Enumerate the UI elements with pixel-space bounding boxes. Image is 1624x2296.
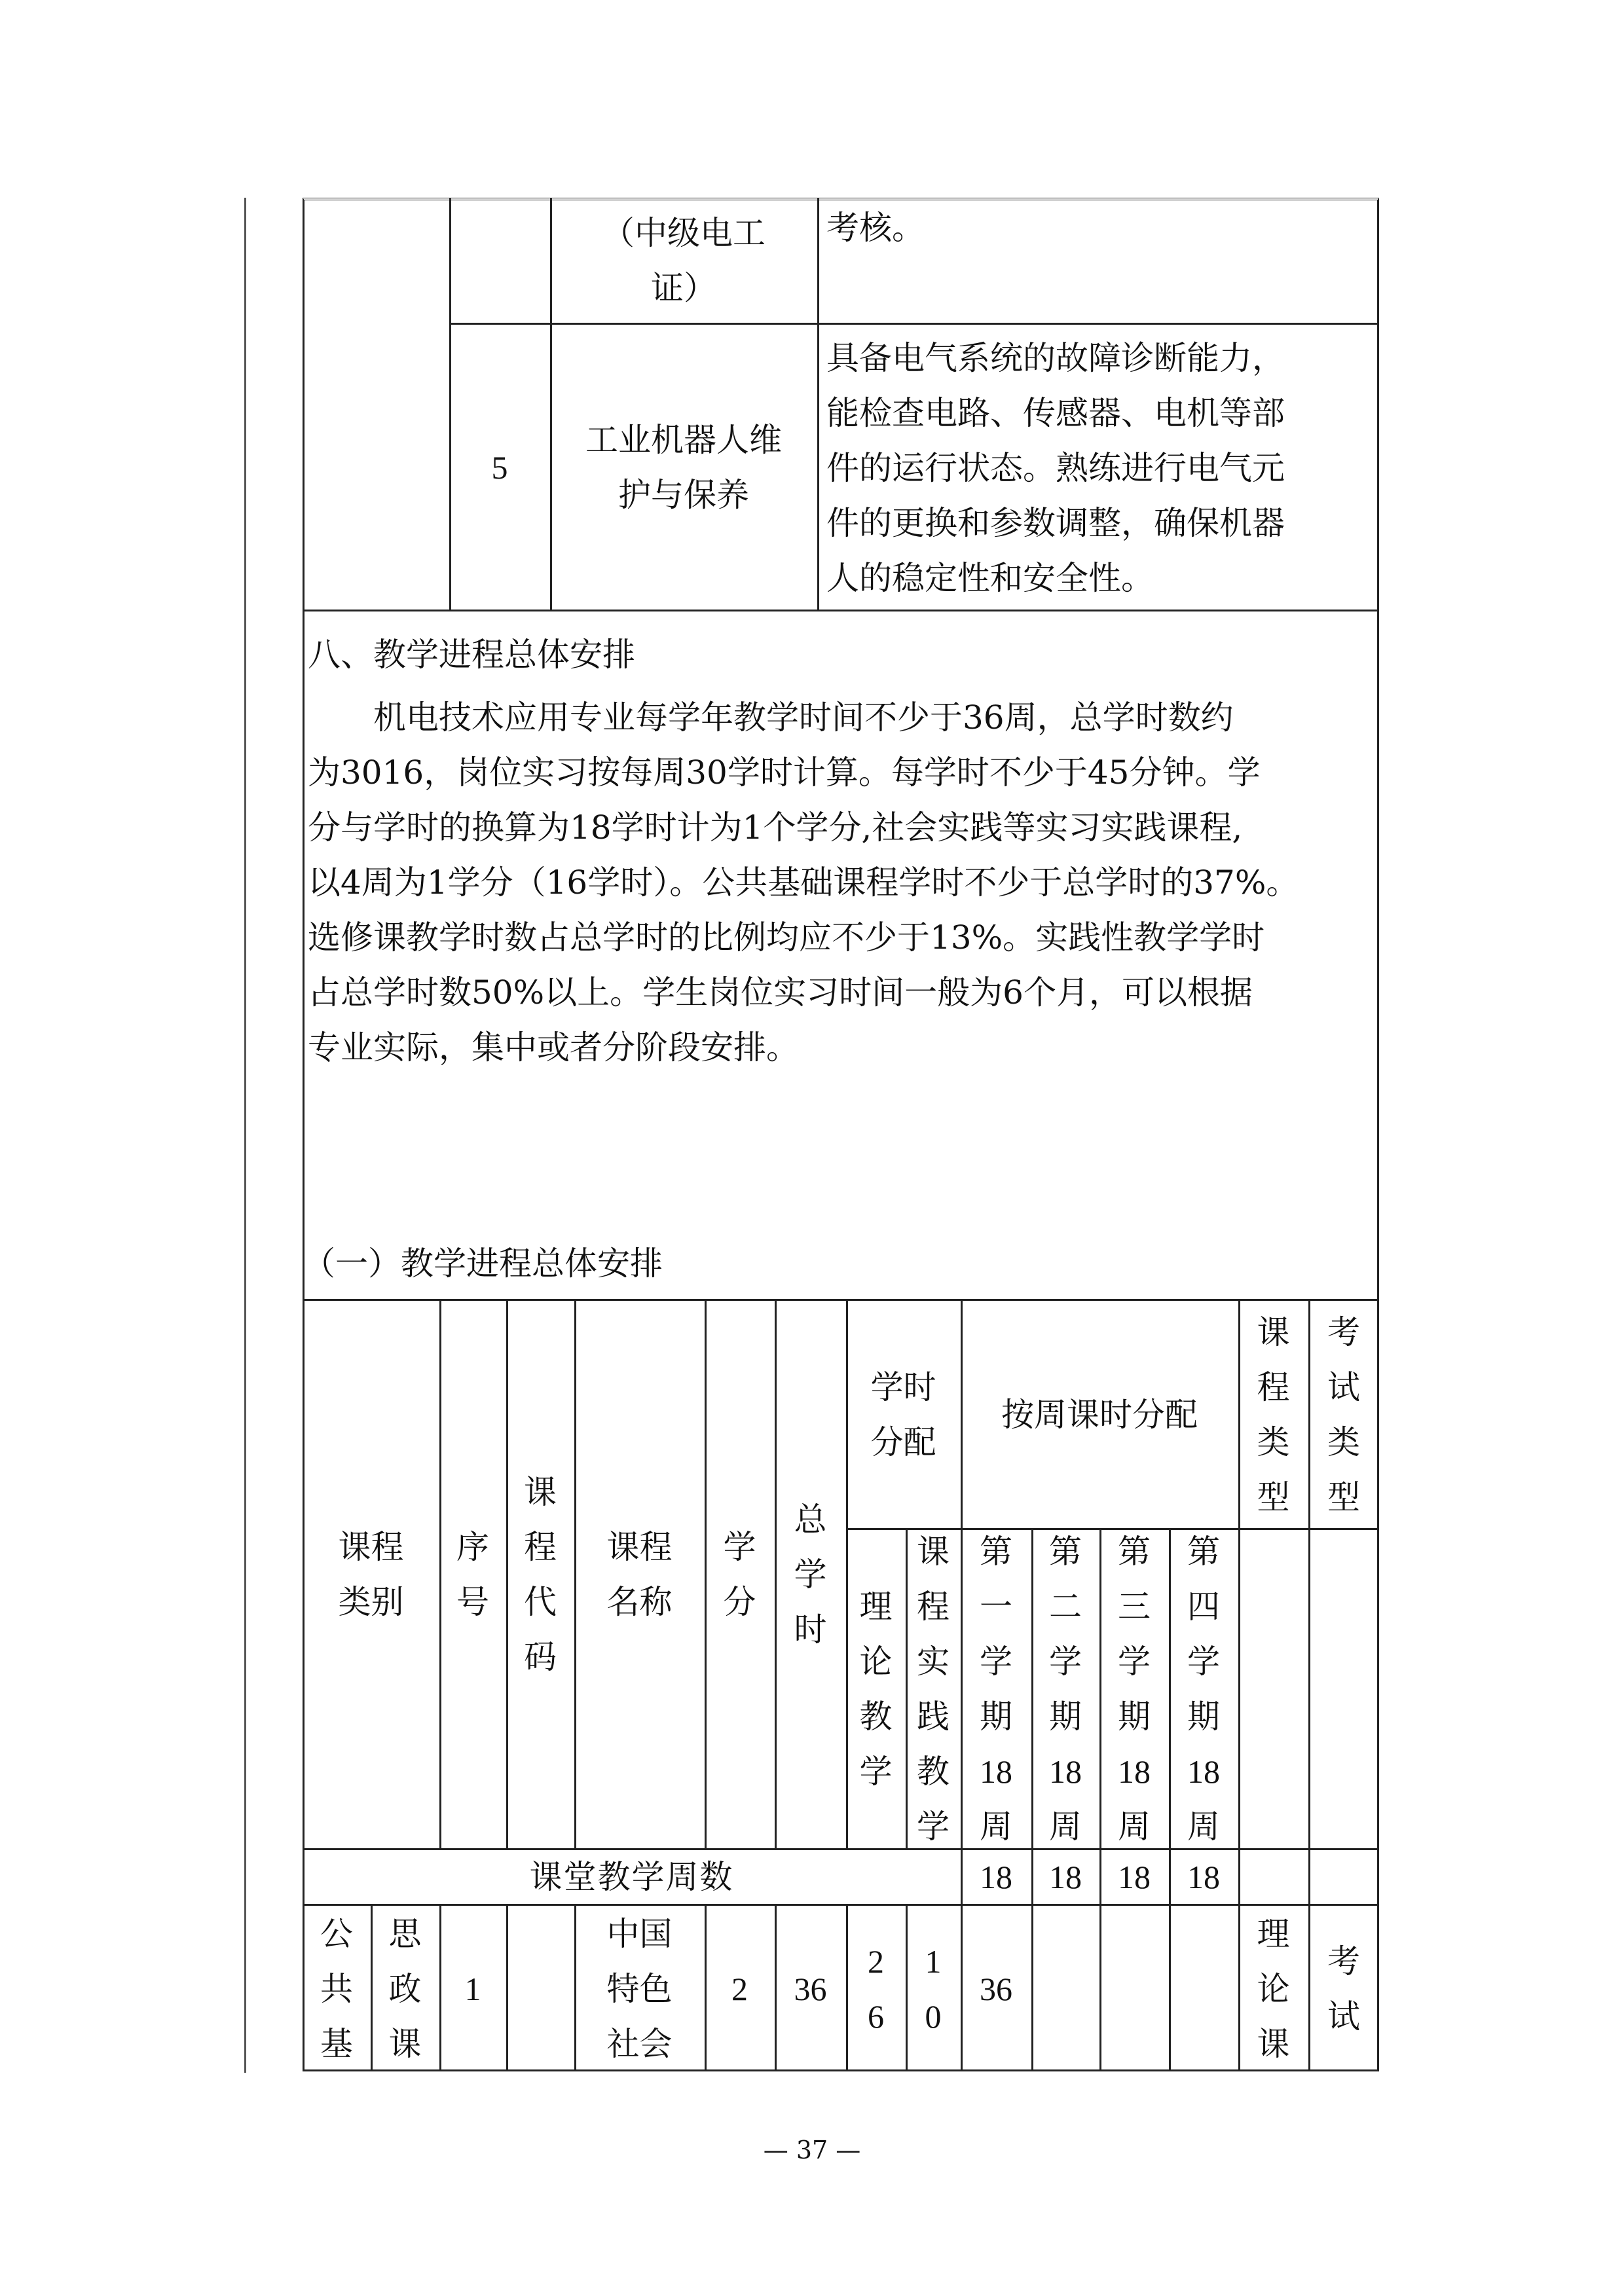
header-text: 分配 xyxy=(871,1415,936,1470)
header-text: 三 xyxy=(1118,1579,1151,1634)
cell-text: 论 xyxy=(1257,1961,1290,2016)
header-exam-type: 考 试 类 型 xyxy=(1308,1301,1379,1528)
header-text: 类 xyxy=(1327,1415,1360,1470)
header-text: 类 xyxy=(1257,1415,1290,1470)
header-text: 程 xyxy=(524,1520,557,1575)
header-text: 第 xyxy=(980,1524,1012,1579)
skill-name-cell: （中级电工 证） xyxy=(550,198,817,323)
weeks-label: 课堂教学周数 xyxy=(530,1850,734,1904)
cell-text: 理 xyxy=(1257,1906,1290,1961)
description-line: 人的稳定性和安全性。 xyxy=(826,551,1154,606)
header-text: 第 xyxy=(1118,1524,1151,1579)
header-text: 号 xyxy=(456,1575,489,1630)
cell-text: 政 xyxy=(389,1961,422,2016)
row-practice-hours: 1 0 xyxy=(906,1906,961,2071)
paragraph-line: 为3016，岗位实习按每周30学时计算。每学时不少于45分钟。学 xyxy=(308,745,1375,800)
header-semester-3: 第 三 学 期 18 周 xyxy=(1099,1530,1169,1848)
paragraph-line: 分与学时的换算为18学时计为1个学分,社会实践等实习实践课程, xyxy=(308,800,1375,855)
page-number: — 37 — xyxy=(0,2136,1624,2164)
header-hours-allocation: 学时 分配 xyxy=(846,1301,961,1528)
skill-description: 考核。 xyxy=(826,200,925,255)
row-sem2 xyxy=(1031,1906,1099,2071)
header-text: 码 xyxy=(524,1630,557,1685)
header-course-code: 课 程 代 码 xyxy=(506,1301,574,1848)
header-text: 教 xyxy=(917,1744,950,1799)
skill-name-line: 工业机器人维 xyxy=(585,412,782,467)
header-text: 理 xyxy=(860,1579,893,1634)
header-text: 名称 xyxy=(607,1575,673,1630)
header-text: 18 xyxy=(980,1744,1012,1799)
paragraph-line: 以4周为1学分（16学时）。公共基础课程学时不少于总学时的37%。 xyxy=(308,855,1375,910)
weeks-sem3: 18 xyxy=(1099,1850,1169,1904)
row-sem3 xyxy=(1099,1906,1169,2071)
description-line: 件的运行状态。熟练进行电气元 xyxy=(826,441,1285,496)
cell-text: 特色 xyxy=(607,1961,673,2016)
row-exam-type: 考 试 xyxy=(1308,1906,1379,2071)
header-text: 教 xyxy=(860,1689,893,1744)
header-index: 序 号 xyxy=(439,1301,506,1848)
section-paragraph: 机电技术应用专业每学年教学时间不少于36周，总学时数约 为3016，岗位实习按每… xyxy=(308,690,1375,1075)
header-course-name: 课程 名称 xyxy=(574,1301,705,1848)
header-text: 程 xyxy=(1257,1360,1290,1415)
cell-text: 考 xyxy=(1327,1934,1360,1989)
header-text: 程 xyxy=(917,1579,950,1634)
header-text: 总 xyxy=(794,1492,827,1547)
row-course-type: 理 论 课 xyxy=(1238,1906,1308,2071)
header-semester-2: 第 二 学 期 18 周 xyxy=(1031,1530,1099,1848)
header-text: 学 xyxy=(1118,1634,1151,1689)
cell-text: 1 xyxy=(465,1961,481,2016)
header-text: 周 xyxy=(1049,1799,1082,1854)
header-text: 类别 xyxy=(339,1575,404,1630)
header-course-category: 课程 类别 xyxy=(303,1301,439,1848)
description-line: 具备电气系统的故障诊断能力， xyxy=(826,331,1285,386)
header-text: 课程 xyxy=(607,1520,673,1575)
row-sem4 xyxy=(1169,1906,1238,2071)
weeks-value: 18 xyxy=(980,1850,1012,1904)
weeks-sem1: 18 xyxy=(961,1850,1031,1904)
table-bottom xyxy=(303,610,1379,611)
description-line: 件的更换和参数调整，确保机器 xyxy=(826,496,1285,551)
header-text: 序 xyxy=(456,1520,489,1575)
header-text: 周 xyxy=(980,1799,1012,1854)
row-category-sub: 思 政 课 xyxy=(371,1906,439,2071)
header-text: 18 xyxy=(1118,1744,1151,1799)
header-text: 18 xyxy=(1187,1744,1220,1799)
cell-text: 基 xyxy=(320,2016,353,2071)
col-divider xyxy=(817,198,819,611)
skill-index-cell: 5 xyxy=(449,325,550,610)
header-text: 二 xyxy=(1049,1579,1082,1634)
description-line: 能检查电路、传感器、电机等部 xyxy=(826,386,1285,441)
skill-index: 5 xyxy=(492,440,508,495)
header-text: 学 xyxy=(860,1744,893,1799)
row-sem1: 36 xyxy=(961,1906,1031,2071)
header-weekly-allocation: 按周课时分配 xyxy=(961,1301,1238,1528)
section-heading: 八、教学进程总体安排 xyxy=(308,627,1375,682)
paragraph-line: 专业实际，集中或者分阶段安排。 xyxy=(308,1020,1375,1075)
weeks-sem4: 18 xyxy=(1169,1850,1238,1904)
row-total-hours: 36 xyxy=(775,1906,846,2071)
header-text: 四 xyxy=(1187,1579,1220,1634)
header-text: 学 xyxy=(1187,1634,1220,1689)
header-text: 论 xyxy=(860,1634,893,1689)
header-text: 试 xyxy=(1327,1360,1360,1415)
row-category-main: 公 共 基 xyxy=(303,1906,371,2071)
header-course-type: 课 程 类 型 xyxy=(1238,1301,1308,1528)
header-text: 一 xyxy=(980,1579,1012,1634)
weeks-value: 18 xyxy=(1049,1850,1082,1904)
header-theory-teaching: 理 论 教 学 xyxy=(846,1530,906,1848)
cell-text: 试 xyxy=(1327,1989,1360,2044)
weeks-value: 18 xyxy=(1187,1850,1220,1904)
header-text: 期 xyxy=(1049,1689,1082,1744)
header-text: 期 xyxy=(1187,1689,1220,1744)
header-text: 学 xyxy=(794,1547,827,1602)
header-text: 学 xyxy=(980,1634,1012,1689)
section-subheading: （一）教学进程总体安排 xyxy=(303,1236,1370,1291)
header-text: 课 xyxy=(524,1465,557,1520)
skill-description-cell: 具备电气系统的故障诊断能力， 能检查电路、传感器、电机等部 件的运行状态。熟练进… xyxy=(826,327,1376,609)
skill-name-line: 证） xyxy=(651,261,716,316)
header-text: 学 xyxy=(724,1520,756,1575)
header-text: 周 xyxy=(1118,1799,1151,1854)
header-text: 实 xyxy=(917,1634,950,1689)
cell-text: 0 xyxy=(925,1989,942,2044)
cell-text: 1 xyxy=(925,1934,942,1989)
header-practice-teaching: 课 程 实 践 教 学 xyxy=(906,1530,961,1848)
skill-name-line: 护与保养 xyxy=(618,467,749,522)
header-text: 第 xyxy=(1187,1524,1220,1579)
paragraph-line: 机电技术应用专业每学年教学时间不少于36周，总学时数约 xyxy=(308,690,1375,745)
header-text: 时 xyxy=(794,1602,827,1657)
header-text: 18 xyxy=(1049,1744,1082,1799)
cell-text: 2 xyxy=(731,1961,748,2016)
header-total-hours: 总 学 时 xyxy=(775,1301,846,1848)
paragraph-line: 选修课教学时数占总学时的比例均应不少于13%。实践性教学学时 xyxy=(308,910,1375,965)
header-text: 学时 xyxy=(871,1360,936,1415)
row-course-name: 中国 特色 社会 xyxy=(574,1906,705,2071)
row-credits: 2 xyxy=(705,1906,775,2071)
header-semester-1: 第 一 学 期 18 周 xyxy=(961,1530,1031,1848)
header-text: 分 xyxy=(724,1575,756,1630)
header-text: 课 xyxy=(917,1524,950,1579)
weeks-row-label: 课堂教学周数 xyxy=(303,1850,961,1904)
header-text: 学 xyxy=(1049,1634,1082,1689)
header-text: 践 xyxy=(917,1689,950,1744)
cell-text: 2 xyxy=(868,1934,884,1989)
header-semester-4: 第 四 学 期 18 周 xyxy=(1169,1530,1238,1848)
header-text: 期 xyxy=(1118,1689,1151,1744)
cell-text: 课 xyxy=(1257,2016,1290,2071)
skill-name-line: （中级电工 xyxy=(602,206,766,261)
header-text: 型 xyxy=(1257,1470,1290,1525)
header-text: 学 xyxy=(917,1799,950,1854)
skill-description-cell: 考核。 xyxy=(826,200,1376,321)
header-text: 周 xyxy=(1187,1799,1220,1854)
weeks-sem2: 18 xyxy=(1031,1850,1099,1904)
header-text: 按周课时分配 xyxy=(1001,1387,1198,1442)
weeks-value: 18 xyxy=(1118,1850,1151,1904)
margin-rule xyxy=(244,198,246,2073)
cell-text: 36 xyxy=(794,1961,827,2016)
header-text: 期 xyxy=(980,1689,1012,1744)
header-credits: 学 分 xyxy=(705,1301,775,1848)
cell-text: 思 xyxy=(389,1906,422,1961)
cell-text: 公 xyxy=(320,1906,353,1961)
header-text: 第 xyxy=(1049,1524,1082,1579)
header-text: 课程 xyxy=(339,1520,404,1575)
row-theory-hours: 2 6 xyxy=(846,1906,906,2071)
row-index: 1 xyxy=(439,1906,506,2071)
skill-name-cell: 工业机器人维 护与保养 xyxy=(550,325,817,610)
cell-text: 课 xyxy=(389,2016,422,2071)
cell-text: 中国 xyxy=(607,1906,673,1961)
row-course-code xyxy=(506,1906,574,2071)
cell-text: 36 xyxy=(980,1961,1012,2016)
header-text: 代 xyxy=(524,1575,557,1630)
cell-text: 6 xyxy=(868,1989,884,2044)
cell-text: 共 xyxy=(320,1961,353,2016)
paragraph-line: 占总学时数50%以上。学生岗位实习时间一般为6个月，可以根据 xyxy=(308,965,1375,1020)
header-text: 考 xyxy=(1327,1305,1360,1360)
cell-text: 社会 xyxy=(607,2016,673,2071)
header-text: 课 xyxy=(1257,1305,1290,1360)
header-text: 型 xyxy=(1327,1470,1360,1525)
